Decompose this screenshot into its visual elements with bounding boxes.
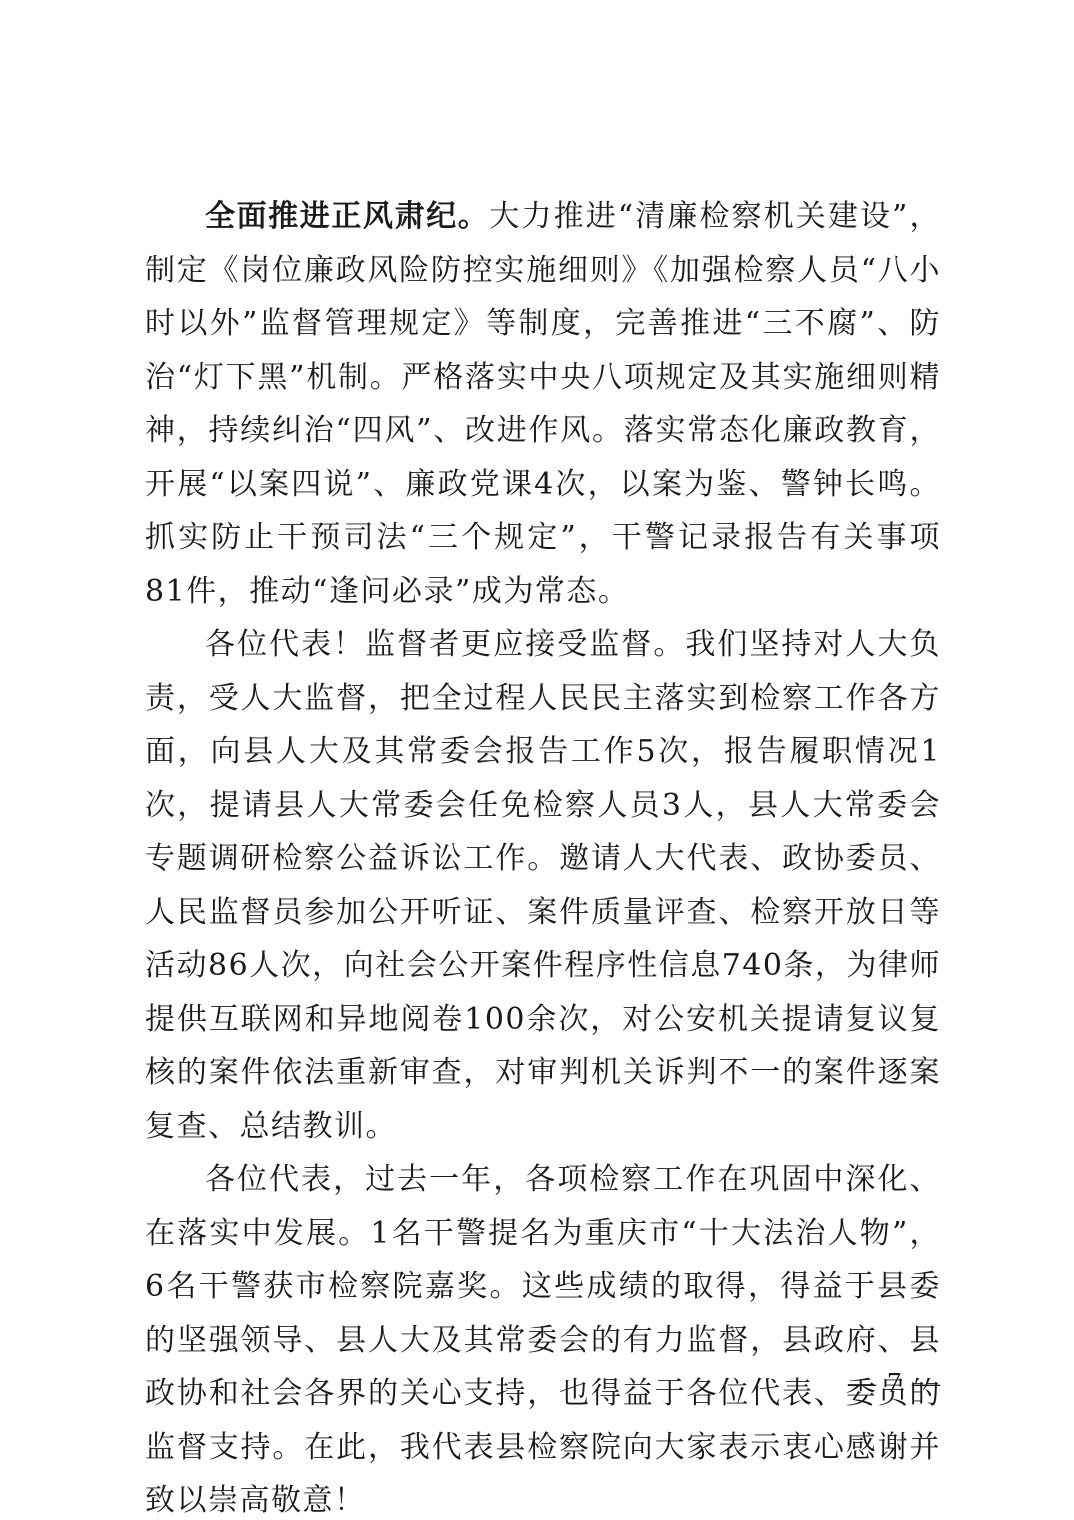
paragraph-acknowledgement: 各位代表，过去一年，各项检察工作在巩固中深化、在落实中发展。1名干警提名为重庆市…: [145, 1153, 941, 1520]
paragraph-integrity-discipline: 全面推进正风肃纪。大力推进“清廉检察机关建设”，制定《岗位廉政风险防控实施细则》…: [145, 190, 941, 618]
paragraph-text: 各位代表！监督者更应接受监督。我们坚持对人大负责，受人大监督，把全过程人民民主落…: [145, 627, 941, 1144]
paragraph-accept-supervision: 各位代表！监督者更应接受监督。我们坚持对人大负责，受人大监督，把全过程人民民主落…: [145, 618, 941, 1153]
paragraph-lead-heading: 全面推进正风肃纪。: [205, 199, 489, 234]
paragraph-text: 大力推进“清廉检察机关建设”，制定《岗位廉政风险防控实施细则》《加强检察人员“八…: [145, 199, 941, 609]
paragraph-text: 各位代表，过去一年，各项检察工作在巩固中深化、在落实中发展。1名干警提名为重庆市…: [145, 1162, 941, 1518]
page-number: — 7 —: [845, 1368, 945, 1400]
document-body: 全面推进正风肃纪。大力推进“清廉检察机关建设”，制定《岗位廉政风险防控实施细则》…: [145, 190, 941, 1520]
